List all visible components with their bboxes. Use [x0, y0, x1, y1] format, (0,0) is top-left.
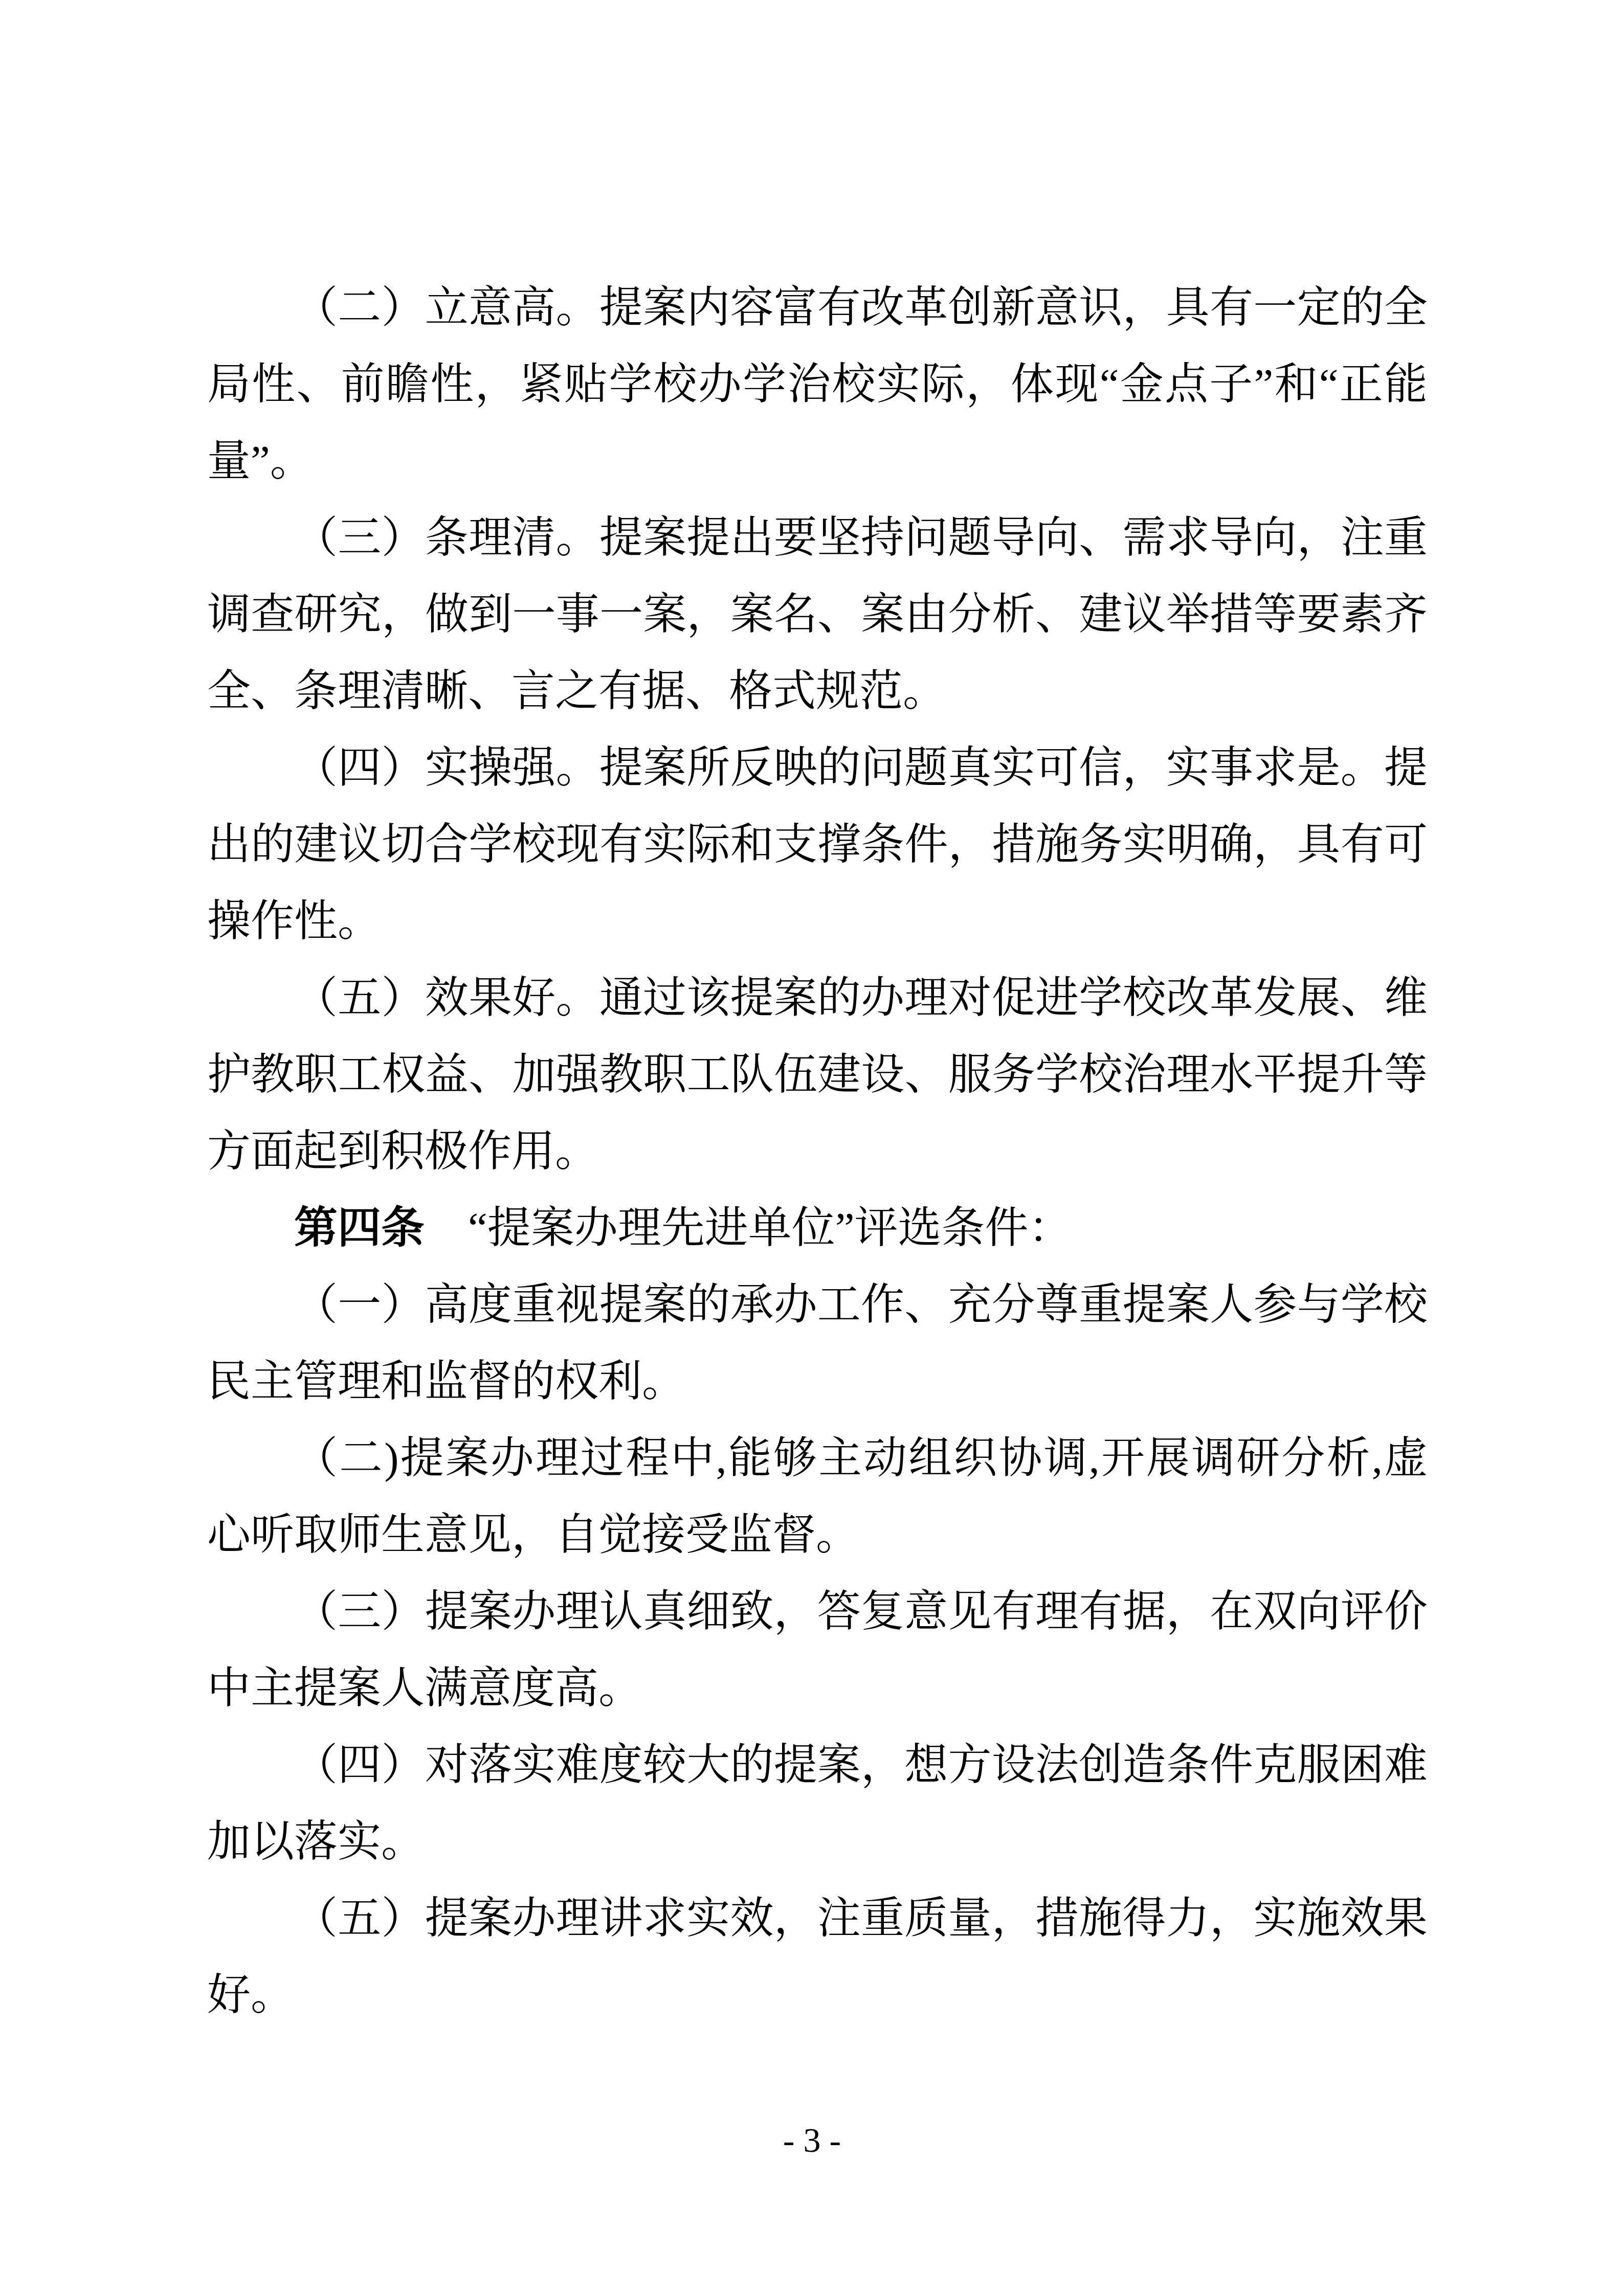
article-number-label: 第四条	[294, 1204, 425, 1252]
body-paragraph: （四）对落实难度较大的提案，想方设法创造条件克服困难加以落实。	[207, 1727, 1428, 1880]
body-paragraph: （二)提案办理过程中,能够主动组织协调,开展调研分析,虚心听取师生意见，自觉接受…	[207, 1420, 1428, 1573]
document-body: （二）立意高。提案内容富有改革创新意识，具有一定的全局性、前瞻性，紧贴学校办学治…	[207, 269, 1428, 2034]
body-paragraph: （五）提案办理讲求实效，注重质量，措施得力，实施效果好。	[207, 1880, 1428, 2034]
article-heading-text: “提案办理先进单位”评选条件：	[425, 1204, 1072, 1252]
body-paragraph: （五）效果好。通过该提案的办理对促进学校改革发展、维护教职工权益、加强教职工队伍…	[207, 960, 1428, 1190]
body-paragraph: （一）高度重视提案的承办工作、充分尊重提案人参与学校民主管理和监督的权利。	[207, 1267, 1428, 1420]
document-page: （二）立意高。提案内容富有改革创新意识，具有一定的全局性、前瞻性，紧贴学校办学治…	[0, 0, 1624, 2296]
body-paragraph: （二）立意高。提案内容富有改革创新意识，具有一定的全局性、前瞻性，紧贴学校办学治…	[207, 269, 1428, 500]
page-number: - 3 -	[0, 2117, 1624, 2163]
body-paragraph: （三）提案办理认真细致，答复意见有理有据，在双向评价中主提案人满意度高。	[207, 1573, 1428, 1727]
body-paragraph: （四）实操强。提案所反映的问题真实可信，实事求是。提出的建议切合学校现有实际和支…	[207, 730, 1428, 960]
article-heading: 第四条 “提案办理先进单位”评选条件：	[207, 1190, 1428, 1267]
body-paragraph: （三）条理清。提案提出要坚持问题导向、需求导向，注重调查研究，做到一事一案，案名…	[207, 500, 1428, 730]
